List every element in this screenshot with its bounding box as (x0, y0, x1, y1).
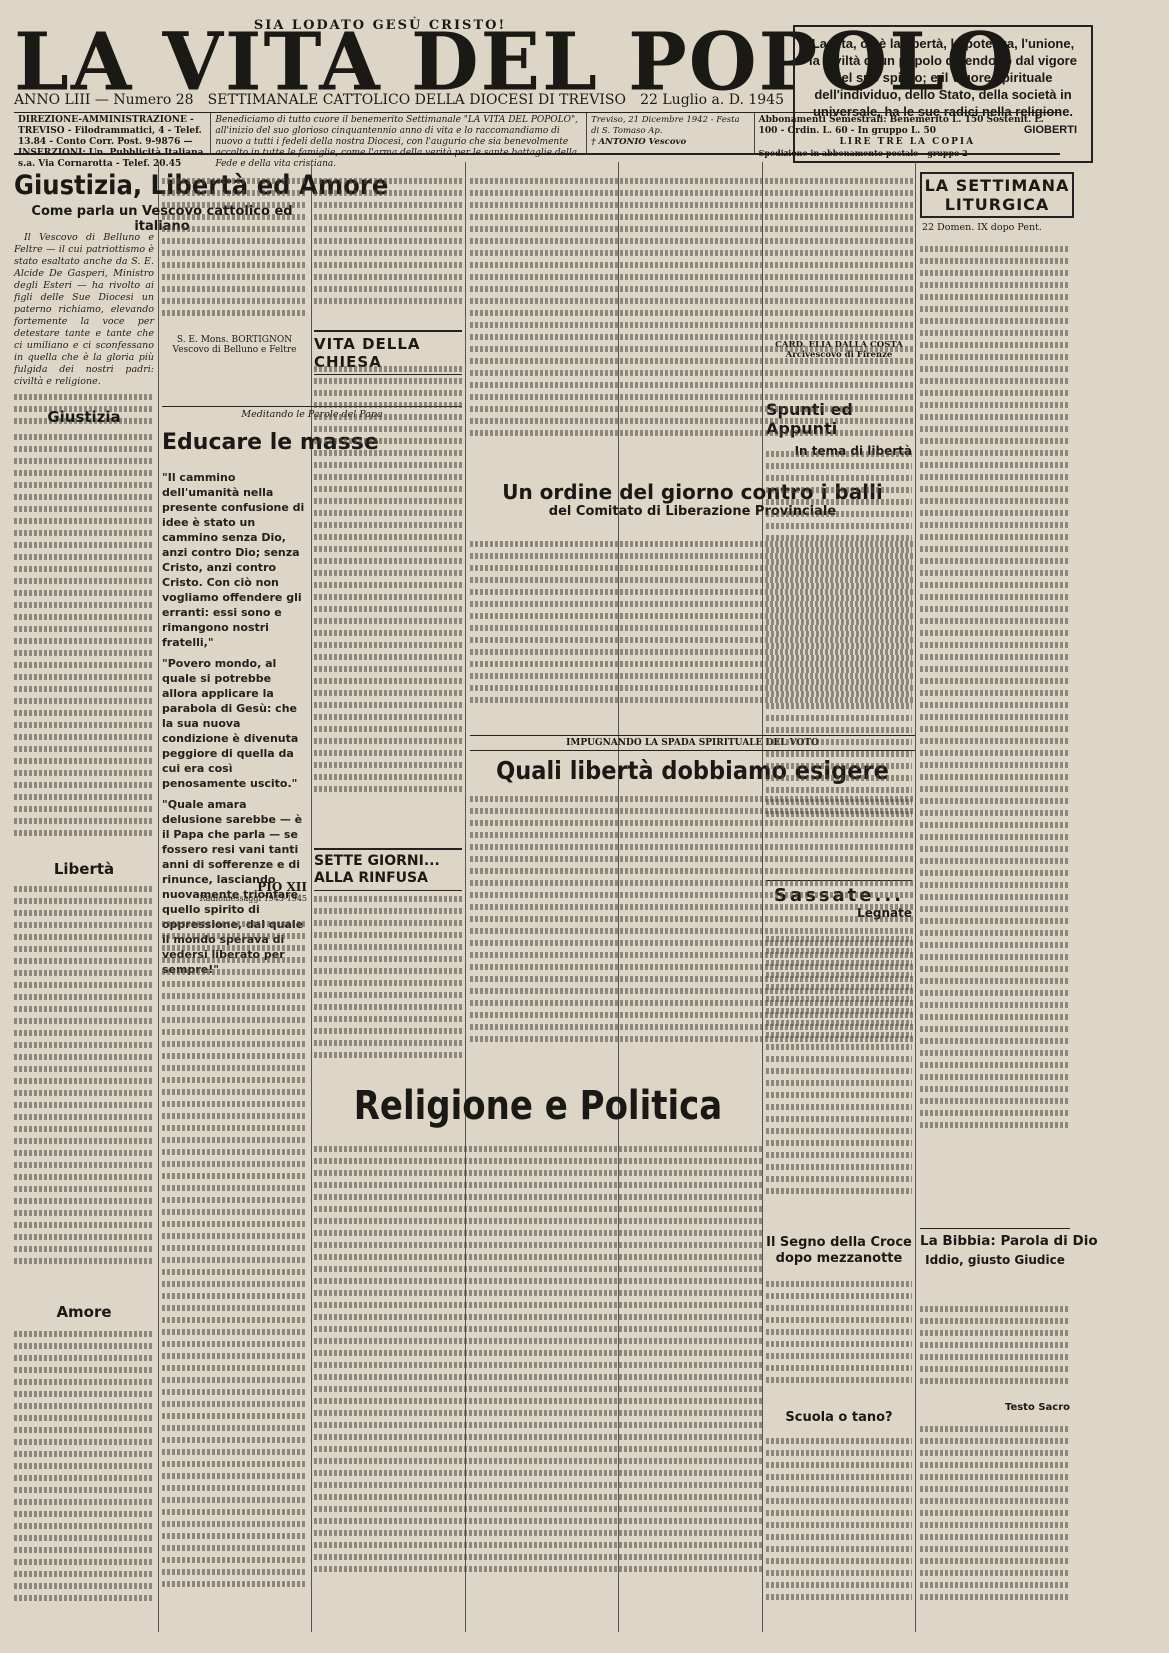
sette-giorni-body (314, 890, 462, 1070)
religione-body (314, 1140, 762, 1635)
scuola-header: Scuola o tano? (766, 1410, 912, 1425)
administration-info: DIREZIONE-AMMINISTRAZIONE - TREVISO - Fi… (14, 113, 211, 153)
col4-top-body (470, 172, 915, 472)
bibbia-section: Testo Sacro (920, 1402, 1070, 1413)
testo-sacro-body (920, 1420, 1068, 1635)
column-rule (311, 162, 312, 1632)
bishop-blessing: Benediciamo di tutto cuore il benemerito… (211, 113, 587, 153)
amore-body (14, 1325, 154, 1635)
newspaper-title: LA VITA DEL POPOLO (14, 27, 784, 98)
giustizia-body (14, 428, 154, 853)
giustizia-signature: S. E. Mons. BORTIGNON Vescovo di Belluno… (162, 335, 307, 355)
papa-signature: PIO XII Radiomessaggi 1943-1945 (162, 880, 307, 903)
sassate-body (766, 930, 912, 1230)
quote-text: La vita, cioè la libertà, la potenza, l'… (809, 35, 1077, 120)
newspaper-subtitle: SETTIMANALE CATTOLICO DELLA DIOCESI DI T… (208, 92, 626, 108)
vita-chiesa-body (314, 360, 462, 840)
bibbia-header: La Bibbia: Parola di Dio Iddio, giusto G… (920, 1228, 1070, 1267)
sette-giorni-header: SETTE GIORNI... ALLA RINFUSA (314, 848, 462, 891)
newspaper-page: SIA LODATO GESÙ CRISTO! LA VITA DEL POPO… (0, 0, 1169, 1653)
column-rule (158, 162, 159, 1632)
section-amore: Amore (14, 1303, 154, 1321)
scuola-body (766, 1432, 912, 1632)
spunti-body (766, 445, 912, 870)
issue-date: 22 Luglio a. D. 1945 (640, 92, 784, 108)
croce-header: Il Segno della Croce dopo mezzanotte (766, 1235, 912, 1267)
religione-header: Religione e Politica (314, 1075, 762, 1137)
croce-body (766, 1275, 912, 1405)
bibbia-body (920, 1300, 1068, 1395)
info-row: DIREZIONE-AMMINISTRAZIONE - TREVISO - Fi… (14, 112, 1060, 155)
liberta-body (14, 880, 154, 1300)
column-rule (915, 162, 916, 1632)
subscription-info: Abbonamenti Semestrali: Benemerito L. 15… (755, 113, 1060, 153)
section-giustizia: Giustizia (14, 408, 154, 426)
giustizia-lead: Il Vescovo di Belluno e Feltre — il cui … (14, 232, 154, 430)
section-liberta: Libertà (14, 860, 154, 878)
giustizia-body-2 (162, 172, 307, 332)
issue-line: ANNO LIII — Numero 28 SETTIMANALE CATTOL… (14, 92, 784, 108)
settimana-body (920, 240, 1068, 1215)
blessing-footer: Treviso, 21 Dicembre 1942 - Festa di S. … (587, 113, 755, 153)
settimana-header: LA SETTIMANA LITURGICA (920, 172, 1074, 218)
settimana-first-entry: 22 Domen. IX dopo Pent. (922, 222, 1070, 233)
col3-top-body (314, 172, 462, 322)
papa-body (162, 915, 307, 1635)
issue-number: ANNO LIII — Numero 28 (14, 92, 194, 108)
